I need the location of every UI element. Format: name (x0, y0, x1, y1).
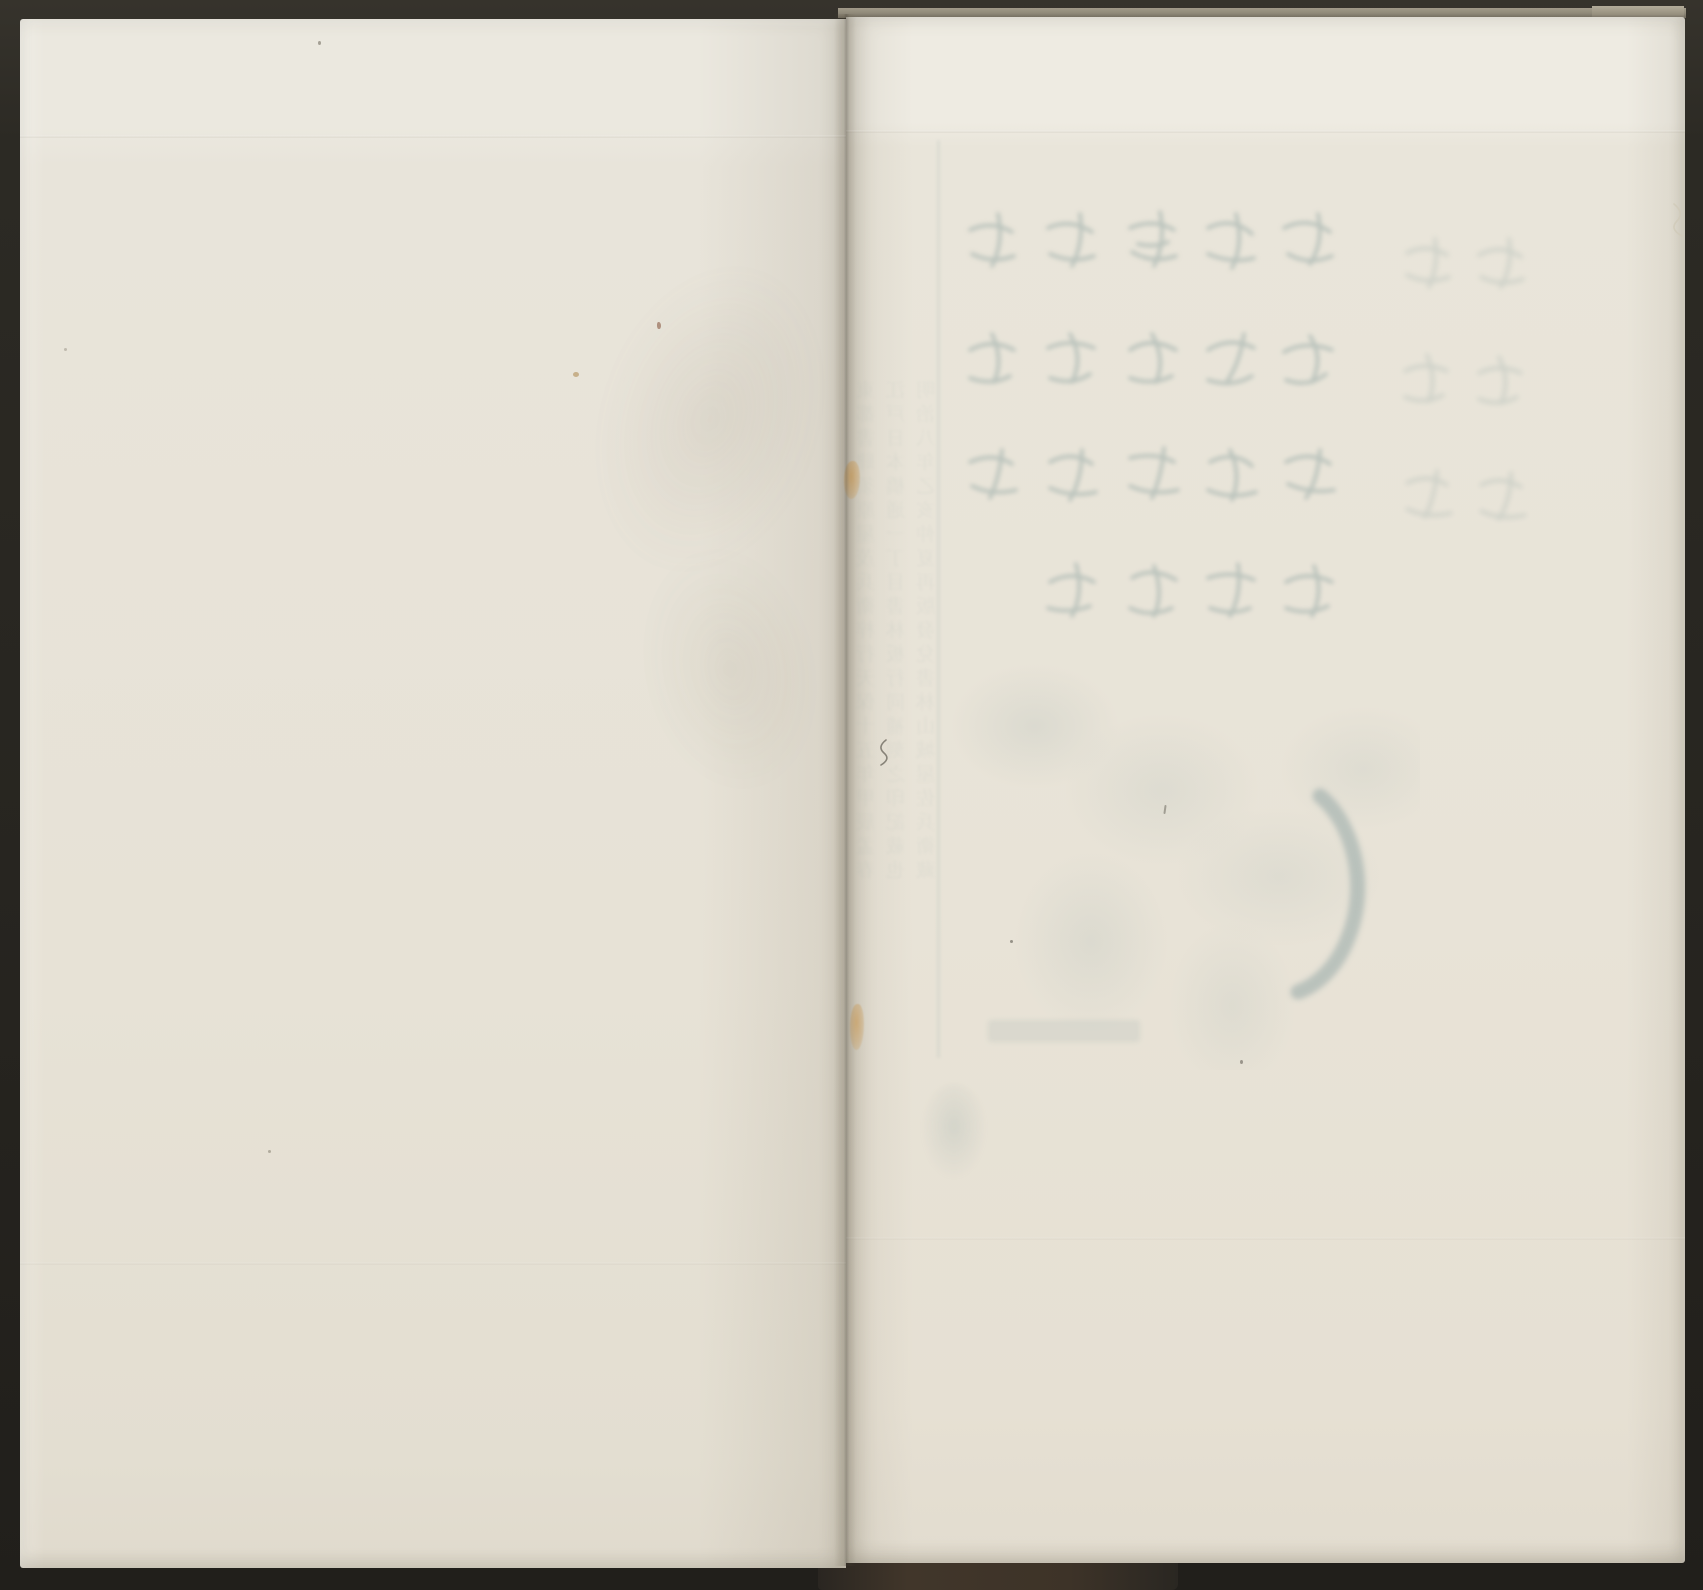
gutter-stain (850, 1004, 864, 1050)
right-page-bottom-fold-crease (846, 1237, 1685, 1240)
paper-speck (1240, 1060, 1243, 1064)
paper-speck (1010, 940, 1013, 943)
paper-speck (64, 348, 67, 351)
left-page-wrinkle (615, 523, 845, 815)
bleedthrough-frame-bottom (988, 1020, 1140, 1042)
bleedthrough-dark-stroke (1286, 788, 1381, 1003)
bleedthrough-blob (922, 1084, 986, 1178)
paper-speck (268, 1150, 271, 1153)
paper-speck (318, 41, 321, 45)
edge-fiber (1670, 202, 1688, 238)
gutter-stain (844, 461, 860, 499)
bleedthrough-side-characters (1385, 225, 1535, 575)
bleedthrough-frame-line (937, 140, 940, 1058)
paper-speck (657, 322, 661, 329)
left-page (20, 19, 846, 1568)
paper-speck (573, 372, 579, 377)
left-page-top-fold-crease (20, 135, 846, 138)
book-scan: 東都書肆須原屋茂兵衛梓行天保十五年甲辰孟春 江戸日本橋通一丁目書林板行同補刻之印… (0, 0, 1703, 1590)
bleedthrough-large-characters (958, 198, 1348, 668)
paper-fiber (1163, 805, 1166, 814)
bleedthrough-gutter-text: 東都書肆須原屋茂兵衛梓行天保十五年甲辰孟春 江戸日本橋通一丁目書林板行同補刻之印… (852, 380, 944, 1120)
paper-fiber-curl (874, 738, 892, 768)
left-page-bottom-fold-crease (20, 1262, 846, 1265)
right-page-top-fold-crease (846, 130, 1685, 133)
right-page: 東都書肆須原屋茂兵衛梓行天保十五年甲辰孟春 江戸日本橋通一丁目書林板行同補刻之印… (846, 17, 1685, 1563)
